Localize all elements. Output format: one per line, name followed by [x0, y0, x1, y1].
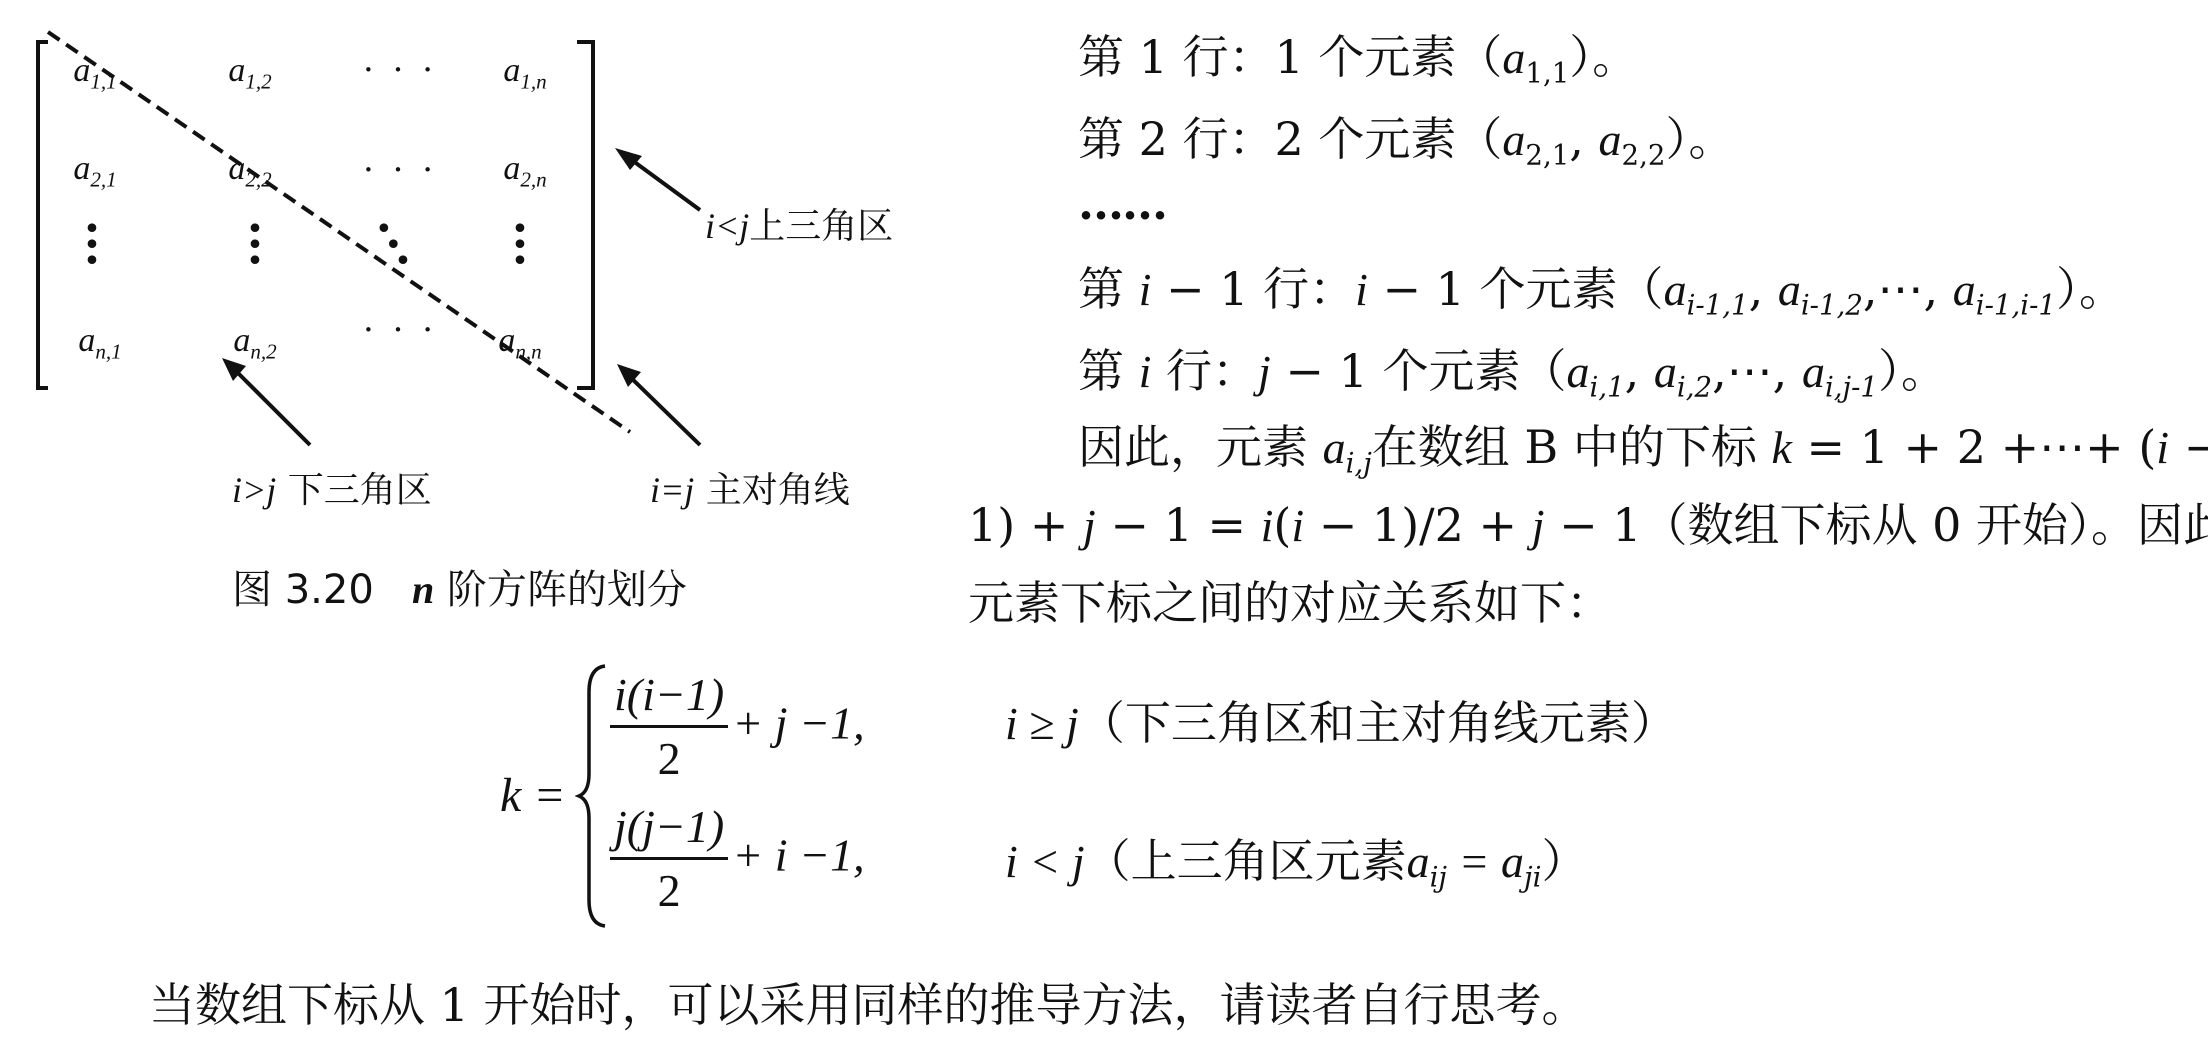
closing-sentence: 当数组下标从 1 开始时，可以采用同样的推导方法，请读者自行思考。 — [149, 982, 1588, 1028]
formula-case-2: j(j−1) 2 + i −1, — [610, 800, 865, 917]
paragraph-line-3: 元素下标之间的对应关系如下： — [968, 580, 1612, 626]
upper-arrow-line — [625, 155, 700, 210]
figure-caption: 图 3.20 n 阶方阵的划分 — [232, 558, 687, 615]
formula-case-1-condition: i ≥ j（下三角区和主对角线元素） — [1005, 700, 1677, 747]
matrix-cell-1-2: a1,2 — [190, 52, 310, 94]
matrix-vdots: ••• — [32, 222, 152, 270]
row-ellipsis: …… — [1078, 180, 1166, 226]
matrix-cell-2-n: a2,n — [465, 150, 585, 192]
matrix-cell-1-n: a1,n — [465, 52, 585, 94]
paragraph-line-2: 1) + j − 1 = i(i − 1)/2 + j − 1（数组下标从 0 … — [968, 502, 2208, 549]
matrix-cell-n-1: an,1 — [40, 322, 160, 364]
matrix-hdots: · · · — [340, 310, 460, 350]
left-brace — [575, 662, 615, 930]
row-2-line: 第 2 行：2 个元素（a2,1, a2,2）。 — [1078, 116, 1734, 169]
row-i-minus-1-line: 第 i − 1 行：i − 1 个元素（ai-1,1, ai-1,2,⋯, ai… — [1078, 266, 2125, 319]
formula-case-1: i(i−1) 2 + j −1, — [610, 668, 865, 785]
diagonal-arrow-line — [625, 372, 700, 445]
upper-triangle-label: i<j上三角区 — [705, 198, 893, 249]
formula-case-2-condition: i < j（上三角区元素aij = aji） — [1005, 838, 1587, 891]
matrix-cell-1-1: a1,1 — [35, 52, 155, 94]
matrix-cell-n-n: an,n — [460, 322, 580, 364]
formula-lhs: k = — [500, 768, 566, 823]
diagonal-label: i=j 主对角线 — [650, 462, 850, 513]
matrix-vdots: ••• — [195, 222, 315, 270]
lower-triangle-label: i>j 下三角区 — [232, 462, 432, 513]
fraction-1: i(i−1) 2 — [610, 668, 728, 785]
matrix-cell-2-2: a2,2 — [190, 150, 310, 192]
row-1-line: 第 1 行：1 个元素（a1,1）。 — [1078, 34, 1638, 87]
fraction-2: j(j−1) 2 — [610, 800, 728, 917]
matrix-vdots: ••• — [460, 222, 580, 270]
matrix-cell-2-1: a2,1 — [35, 150, 155, 192]
matrix-hdots: · · · — [340, 150, 460, 190]
matrix-cell-n-2: an,2 — [195, 322, 315, 364]
paragraph-line-1: 因此，元素 ai,j在数组 B 中的下标 k = 1 + 2 +⋯+ (i − — [1078, 424, 2208, 477]
lower-arrow-line — [230, 365, 310, 445]
row-i-line: 第 i 行：j − 1 个元素（ai,1, ai,2,⋯, ai,j-1）。 — [1078, 348, 1947, 401]
matrix-hdots: · · · — [340, 50, 460, 90]
